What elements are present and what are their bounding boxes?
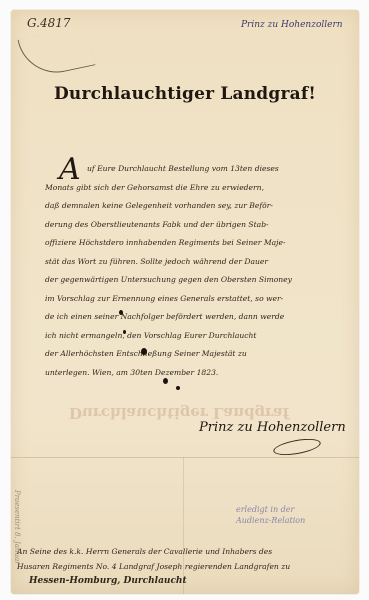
address-line: Husaren Regiments No. 4 Landgraf Joseph …	[17, 559, 353, 574]
body-line: der Allerhöchsten Entschließung Seiner M…	[45, 345, 345, 364]
reference-number: G.4817	[27, 16, 71, 30]
body-line: Monats gibt sich der Gehorsamst die Ehre…	[45, 179, 345, 198]
body-line: uf Eure Durchlaucht Bestellung vom 13ten…	[45, 160, 345, 179]
letter-body: uf Eure Durchlaucht Bestellung vom 13ten…	[45, 160, 345, 382]
body-line: stät das Wort zu führen. Sollte jedoch w…	[45, 253, 345, 272]
pencil-note: erledigt in der Audienz-Relation	[236, 504, 305, 526]
fold-line-horizontal	[11, 457, 359, 458]
manuscript-page: G.4817 Prinz zu Hohenzollern Durchlaucht…	[11, 10, 359, 594]
ink-blot	[119, 310, 123, 315]
archival-note: Prinz zu Hohenzollern	[241, 20, 343, 30]
body-line: unterlegen. Wien, am 30ten Dezember 1823…	[45, 364, 345, 383]
ink-blot	[163, 378, 168, 384]
signature: Prinz zu Hohenzollern	[199, 420, 346, 435]
body-line: im Vorschlag zur Ernennung eines General…	[45, 290, 345, 309]
body-line: offiziere Höchstdero innhabenden Regimen…	[45, 234, 345, 253]
address-line: An Seine des k.k. Herrn Generals der Cav…	[17, 544, 353, 559]
signature-flourish	[272, 436, 322, 458]
address-block: An Seine des k.k. Herrn Generals der Cav…	[17, 544, 353, 589]
ink-blot	[141, 348, 147, 355]
body-line: de ich einen seiner Nachfolger befördert…	[45, 308, 345, 327]
body-line: der gegenwärtigen Untersuchung gegen den…	[45, 271, 345, 290]
body-line: daß demnalen keine Gelegenheit vorhanden…	[45, 197, 345, 216]
address-line-place: Hessen-Homburg, Durchlaucht	[17, 574, 353, 589]
reference-flourish	[18, 25, 96, 80]
body-line: derung des Oberstlieutenants Fabk und de…	[45, 216, 345, 235]
pencil-note-line: Audienz-Relation	[236, 515, 305, 526]
ink-blot	[123, 330, 126, 334]
body-line: ich nicht ermangeln, den Vorschlag Eurer…	[45, 327, 345, 346]
salutation-heading: Durchlauchtiger Landgraf!	[11, 84, 359, 104]
pencil-note-line: erledigt in der	[236, 504, 305, 515]
ink-blot	[176, 386, 180, 390]
